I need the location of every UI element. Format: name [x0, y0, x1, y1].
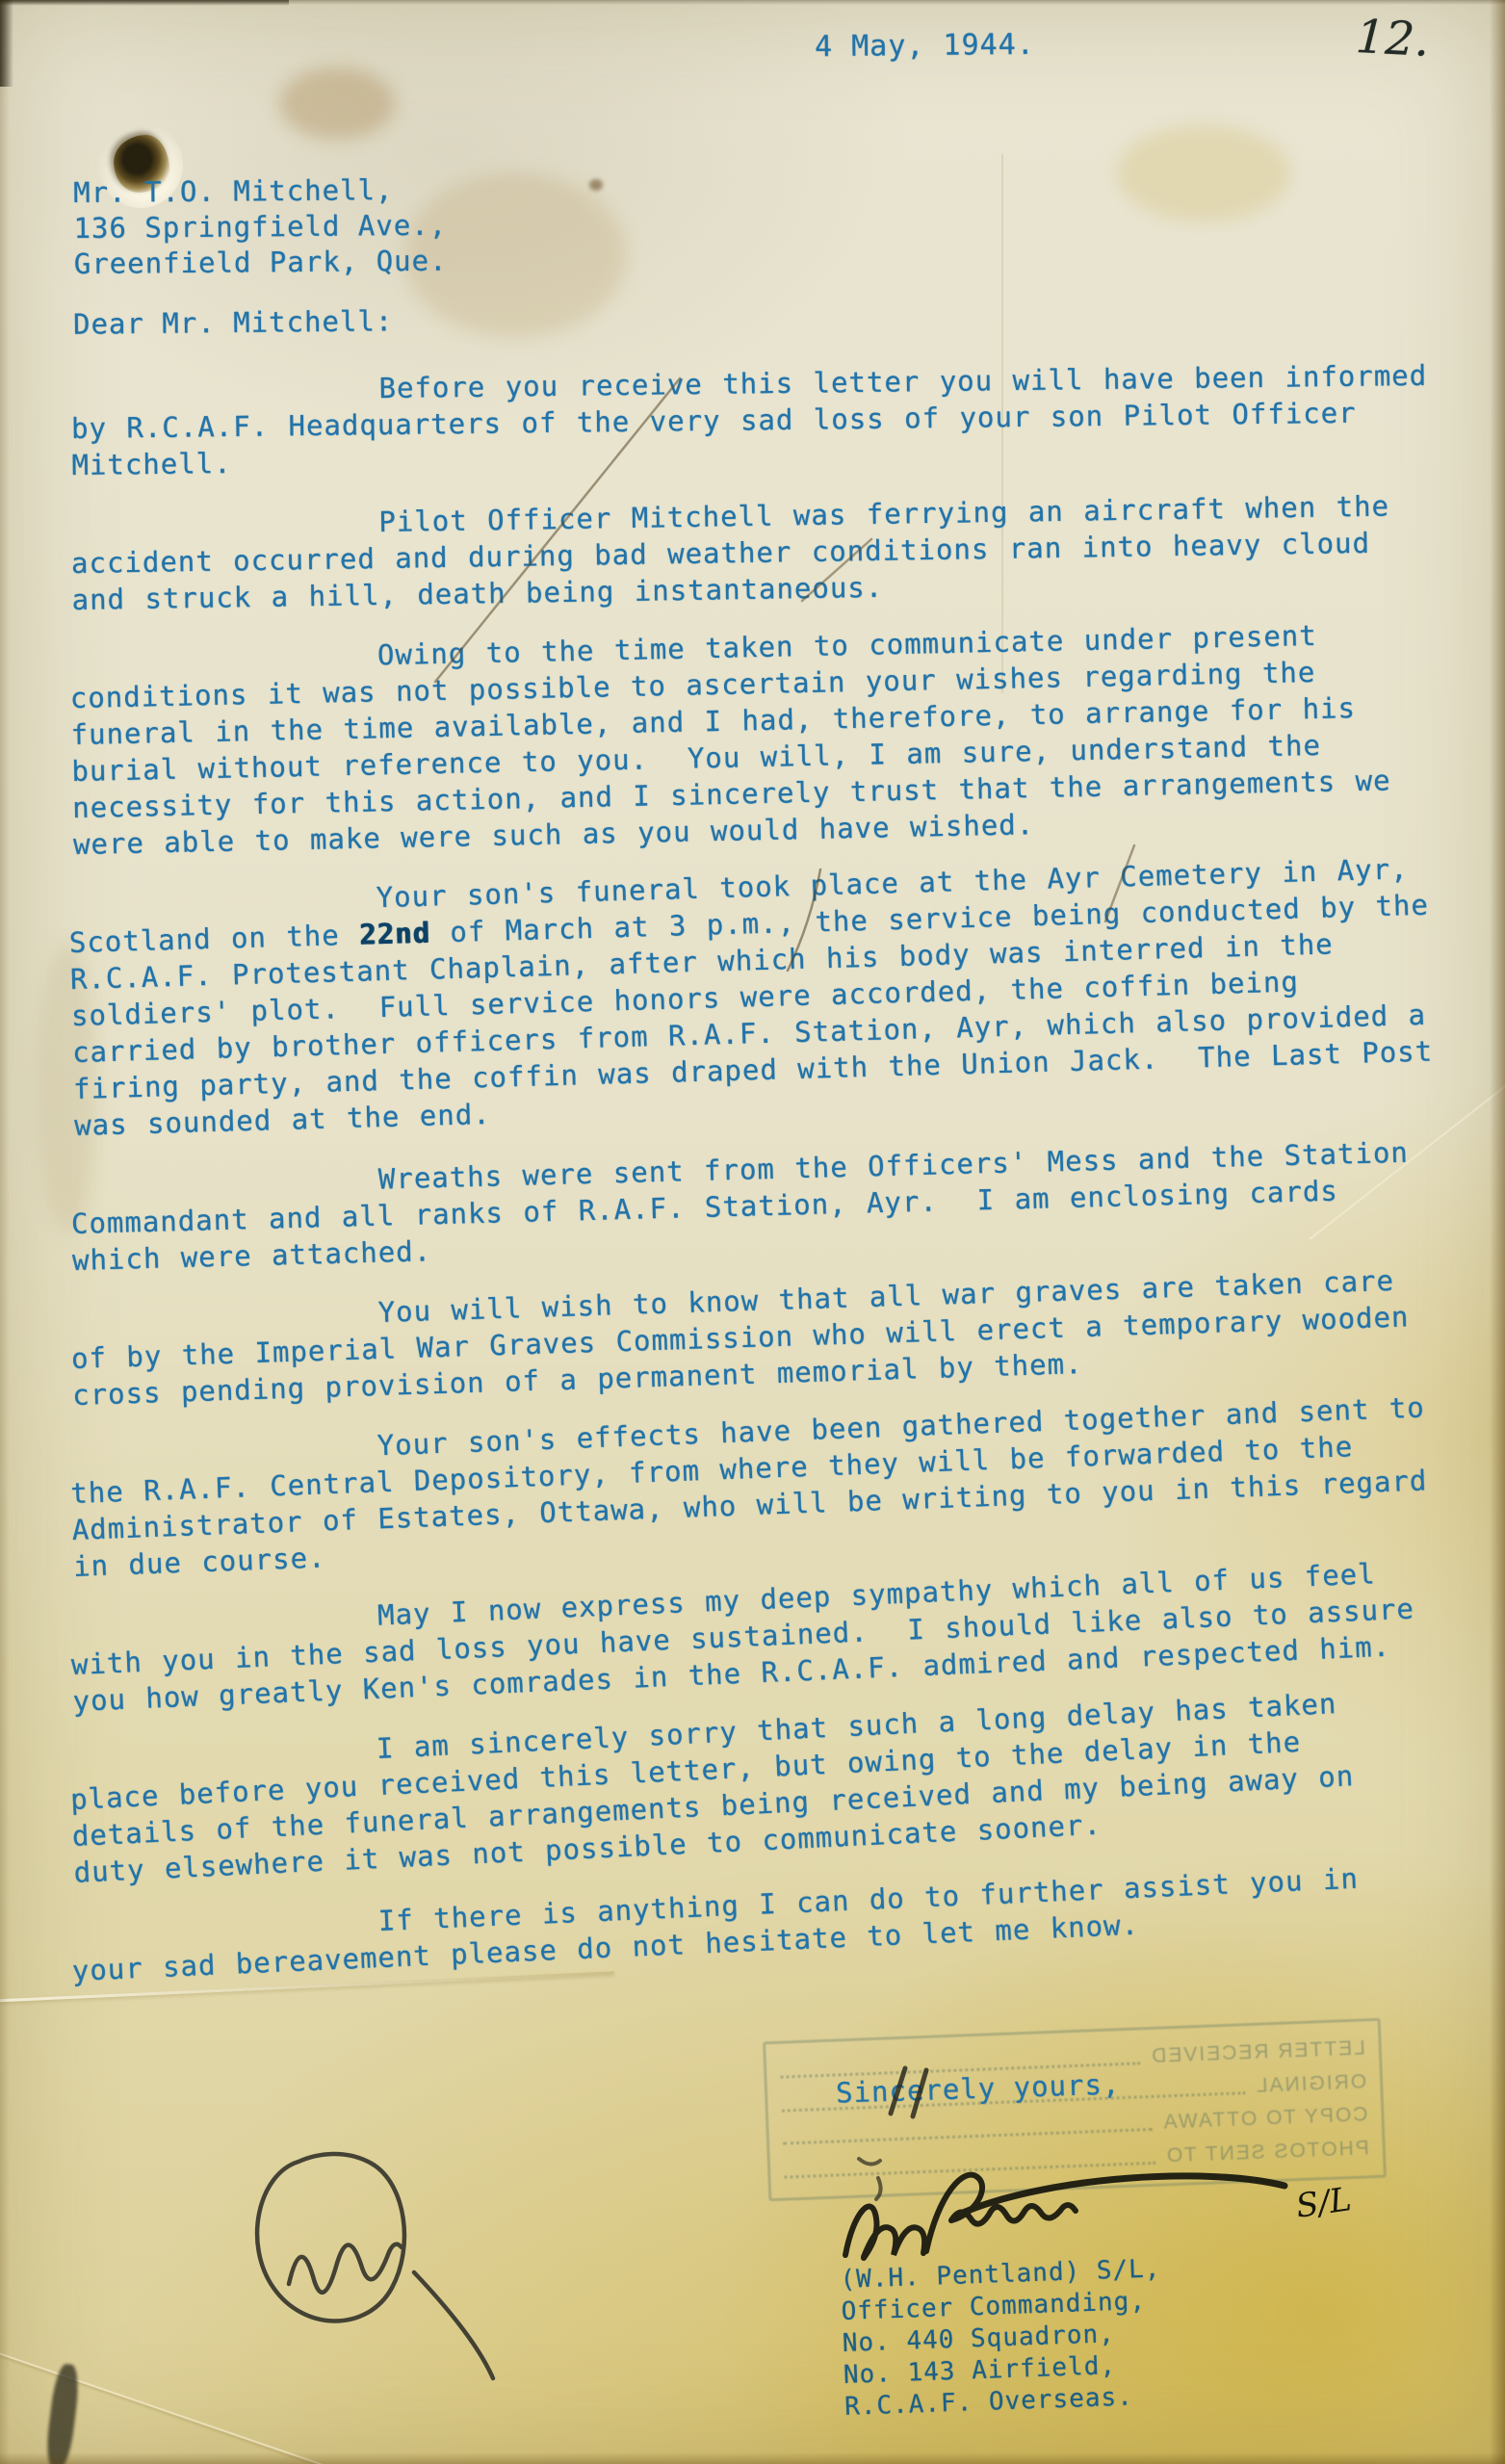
paper-stain: [589, 179, 603, 191]
paragraph: Your son's effects have been gathered to…: [68, 1388, 1444, 1585]
circled-initials-scribble: [257, 2154, 493, 2378]
page-number-handwritten: 12.: [1355, 10, 1431, 67]
salutation: Dear Mr. Mitchell:: [73, 304, 394, 340]
signature-rank-handwritten: S/L: [1293, 2180, 1353, 2226]
recipient-address: Mr. T.O. Mitchell, 136 Springfield Ave.,…: [73, 172, 448, 282]
overtyped-date: 22nd: [359, 917, 431, 951]
paragraph: Your son's funeral took place at the Ayr…: [67, 849, 1445, 1144]
typed-date: 4 May, 1944.: [815, 28, 1035, 64]
typed-signature-block: (W.H. Pentland) S/L, Officer Commanding,…: [840, 2253, 1166, 2424]
paragraph: Pilot Officer Mitchell was ferrying an a…: [70, 487, 1443, 618]
address-line: 136 Springfield Ave.,: [73, 208, 447, 246]
ink-smudge: [43, 2363, 81, 2464]
paper-stain: [1117, 125, 1290, 221]
paragraph: I am sincerely sorry that such a long de…: [67, 1680, 1444, 1891]
paper-stain: [279, 67, 395, 140]
paragraph: Owing to the time taken to communicate u…: [69, 614, 1444, 863]
letter-page: 4 May, 1944. 12. Mr. T.O. Mitchell, 136 …: [0, 0, 1505, 2464]
paper-top-edge: [0, 0, 289, 6]
paragraph: Before you receive this letter you will …: [70, 357, 1442, 483]
address-line: Mr. T.O. Mitchell,: [73, 172, 447, 211]
paper-edge-shadow: [0, 0, 13, 87]
paragraph: You will wish to know that all war grave…: [69, 1260, 1443, 1414]
letter-body: Before you receive this letter you will …: [71, 374, 1442, 1989]
paragraph: Wreaths were sent from the Officers' Mes…: [70, 1133, 1443, 1279]
address-line: Greenfield Park, Que.: [74, 244, 448, 282]
received-stamp-bleedthrough: LETTER RECEIVED ORIGINAL COPY TO OTTAWA …: [763, 2018, 1387, 2202]
